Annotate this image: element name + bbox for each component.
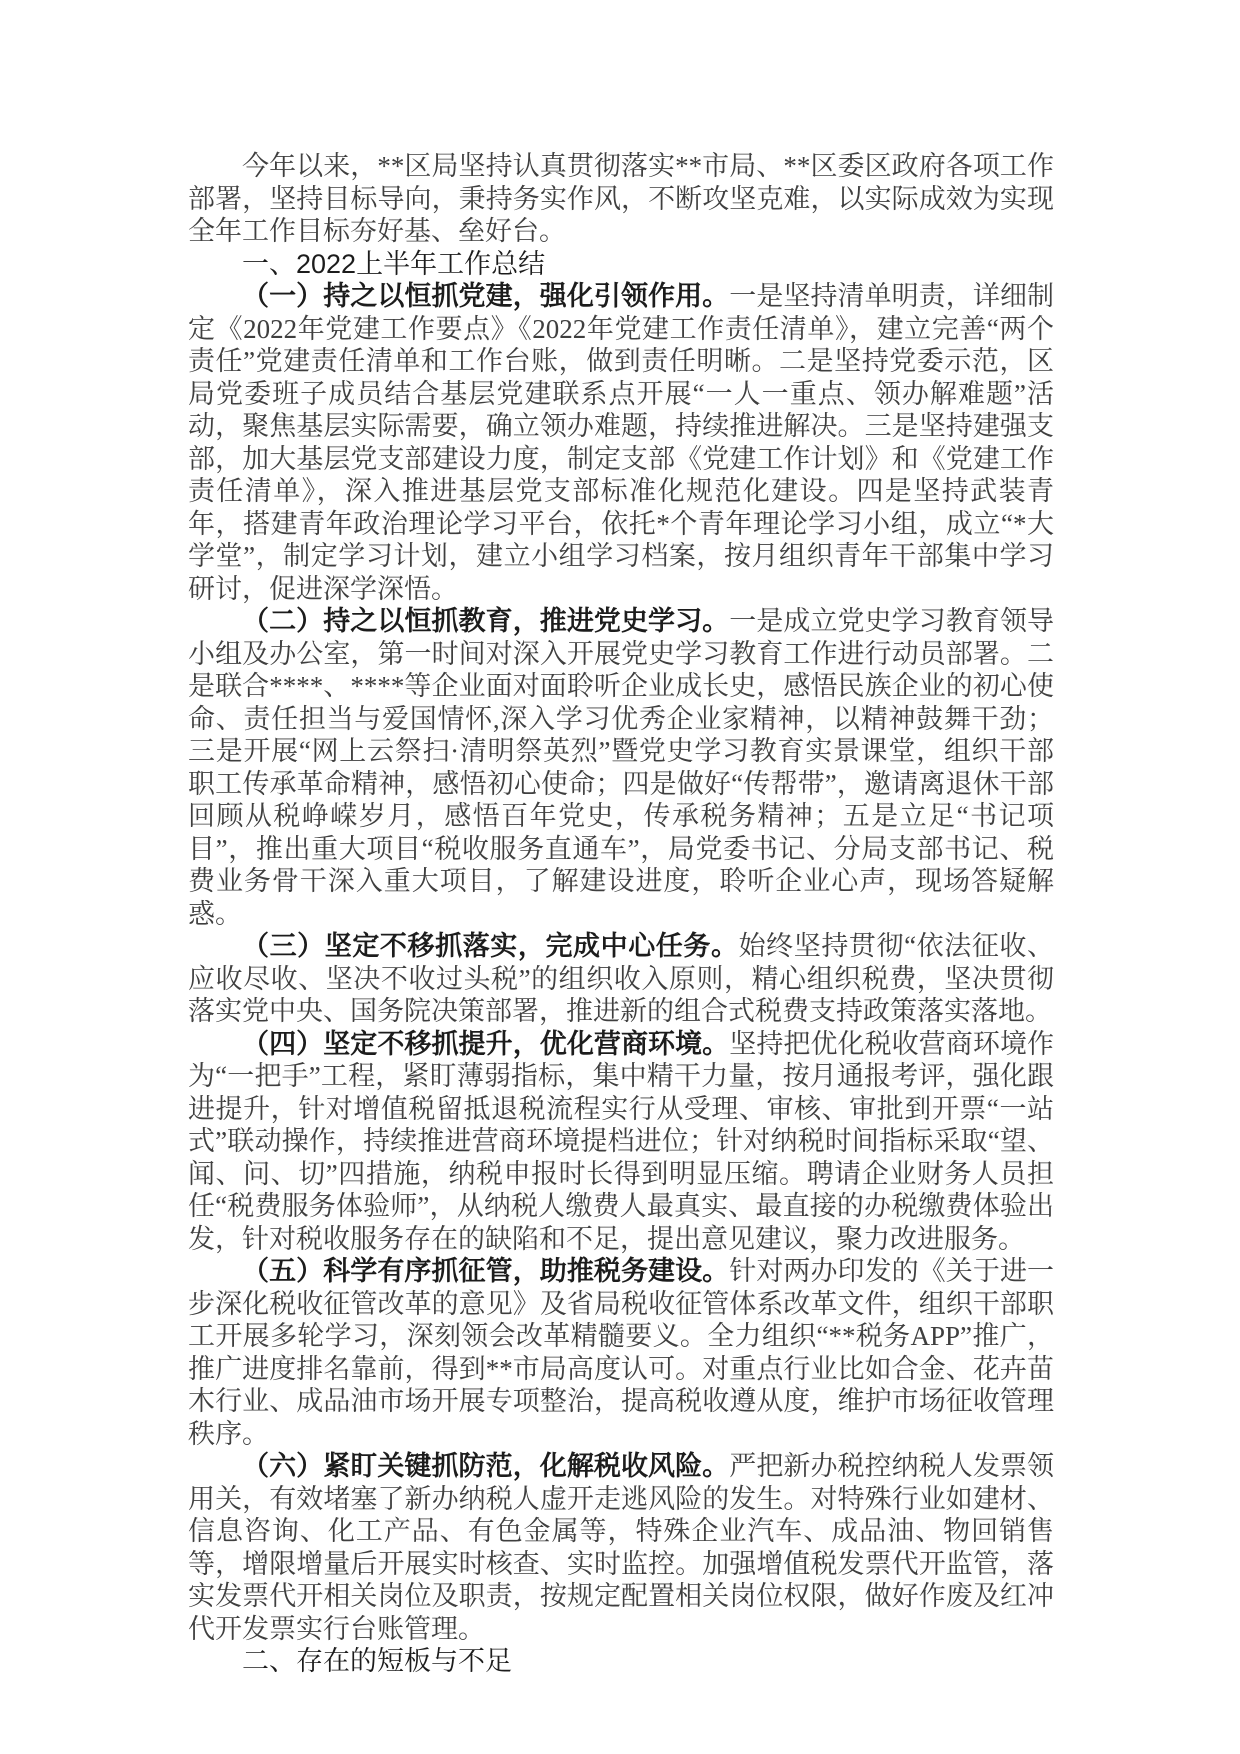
section-3-lead: （三）坚定不移抓落实，完成中心任务。 bbox=[242, 931, 739, 961]
section-paragraph-3: （三）坚定不移抓落实，完成中心任务。始终坚持贯彻“依法征收、应收尽收、坚决不收过… bbox=[188, 930, 1054, 1028]
section-2-lead: （二）持之以恒抓教育，推进党史学习。 bbox=[242, 606, 729, 636]
section-1-lead: （一）持之以恒抓党建，强化引领作用。 bbox=[242, 281, 729, 311]
section-paragraph-5: （五）科学有序抓征管，助推税务建设。针对两办印发的《关于进一步深化税收征管改革的… bbox=[188, 1255, 1054, 1450]
section-2-body: 一是成立党史学习教育领导小组及办公室，第一时间对深入开展党史学习教育工作进行动员… bbox=[188, 606, 1054, 929]
part1-heading: 一、2022上半年工作总结 bbox=[188, 248, 1054, 281]
intro-paragraph: 今年以来，**区局坚持认真贯彻落实**市局、**区委区政府各项工作部署，坚持目标… bbox=[188, 150, 1054, 248]
section-5-lead: （五）科学有序抓征管，助推税务建设。 bbox=[242, 1256, 729, 1286]
section-paragraph-4: （四）坚定不移抓提升，优化营商环境。坚持把优化税收营商环境作为“一把手”工程，紧… bbox=[188, 1028, 1054, 1256]
section-4-body: 坚持把优化税收营商环境作为“一把手”工程，紧盯薄弱指标，集中精干力量，按月通报考… bbox=[188, 1029, 1054, 1254]
document-page: 今年以来，**区局坚持认真贯彻落实**市局、**区委区政府各项工作部署，坚持目标… bbox=[0, 0, 1240, 1754]
document-content: 今年以来，**区局坚持认真贯彻落实**市局、**区委区政府各项工作部署，坚持目标… bbox=[188, 150, 1054, 1678]
section-paragraph-2: （二）持之以恒抓教育，推进党史学习。一是成立党史学习教育领导小组及办公室，第一时… bbox=[188, 605, 1054, 930]
section-1-body: 一是坚持清单明责，详细制定《2022年党建工作要点》《2022年党建工作责任清单… bbox=[188, 281, 1054, 604]
section-6-lead: （六）紧盯关键抓防范，化解税收风险。 bbox=[242, 1451, 729, 1481]
section-paragraph-6: （六）紧盯关键抓防范，化解税收风险。严把新办税控纳税人发票领用关，有效堵塞了新办… bbox=[188, 1450, 1054, 1645]
section-paragraph-1: （一）持之以恒抓党建，强化引领作用。一是坚持清单明责，详细制定《2022年党建工… bbox=[188, 280, 1054, 605]
part2-heading: 二、存在的短板与不足 bbox=[188, 1645, 1054, 1678]
section-4-lead: （四）坚定不移抓提升，优化营商环境。 bbox=[242, 1029, 729, 1059]
